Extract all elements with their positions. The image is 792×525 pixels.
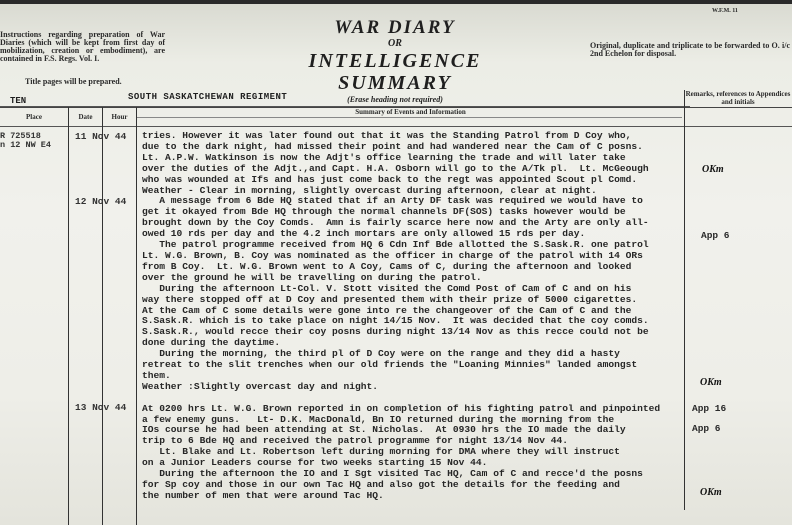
title-or: OR: [260, 38, 530, 50]
entry-date: 12 Nov 44: [75, 196, 126, 207]
entry-date: 11 Nov 44: [75, 131, 126, 142]
summary-line: the number of men that were around Tac H…: [142, 491, 687, 502]
unit-row: [0, 94, 690, 107]
form-heading: WAR DIARY OR INTELLIGENCE SUMMARY (Erase…: [260, 17, 530, 106]
col-date: Date: [69, 113, 102, 121]
month-label: TEN: [10, 96, 26, 106]
summary-line: way there stopped off at D Coy and prese…: [142, 295, 687, 306]
scan-edge: [0, 0, 792, 4]
title-war-diary: WAR DIARY: [260, 17, 530, 38]
initials-signature: OKm: [700, 487, 722, 498]
initials-signature: OKm: [700, 377, 722, 388]
summary-line: During the afternoon Lt-Col. V. Stott vi…: [142, 284, 687, 295]
col-remarks: Remarks, references to Appendices and in…: [684, 90, 792, 106]
appendix-reference: App 6: [701, 230, 730, 241]
summary-line: retreat to the slit trenches when our ol…: [142, 360, 687, 371]
instructions-right: Original, duplicate and triplicate to be…: [590, 42, 790, 58]
col-summary: Summary of Events and Information: [137, 108, 684, 116]
initials-signature: OKm: [702, 164, 724, 175]
appendix-reference: App 6: [692, 423, 721, 434]
summary-line: who was wounded at Ifs and has just come…: [142, 175, 687, 186]
title-intelligence-summary: INTELLIGENCE SUMMARY: [260, 50, 530, 94]
hour-summary-divider: [136, 107, 137, 525]
place-reference: R 725518 n 12 NW E4: [0, 132, 51, 150]
title-pages-note: Title pages will be prepared.: [25, 77, 122, 86]
war-diary-page: W.F.M. 11 Instructions regarding prepara…: [0, 0, 792, 525]
date-hour-divider: [102, 107, 103, 525]
summary-sub-rule: [137, 117, 682, 118]
summary-line: over the duties of the Adjt.,and Capt. H…: [142, 164, 687, 175]
place-date-divider: [68, 107, 69, 525]
appendix-reference: App 16: [692, 403, 726, 414]
header-bottom-rule: [0, 126, 792, 127]
regiment-name: SOUTH SASKATCHEWAN REGIMENT: [128, 92, 287, 102]
instructions-left: Instructions regarding preparation of Wa…: [0, 31, 165, 63]
summary-line: At 0200 hrs Lt. W.G. Brown reported in o…: [142, 404, 687, 415]
form-number: W.F.M. 11: [712, 8, 738, 14]
map-sheet: n 12 NW E4: [0, 141, 51, 150]
entry-date: 13 Nov 44: [75, 402, 126, 413]
summary-line: Weather :Slightly overcast day and night…: [142, 382, 687, 393]
summary-of-events: tries. However it was later found out th…: [142, 131, 687, 502]
col-hour: Hour: [103, 113, 136, 121]
col-place: Place: [0, 113, 68, 121]
